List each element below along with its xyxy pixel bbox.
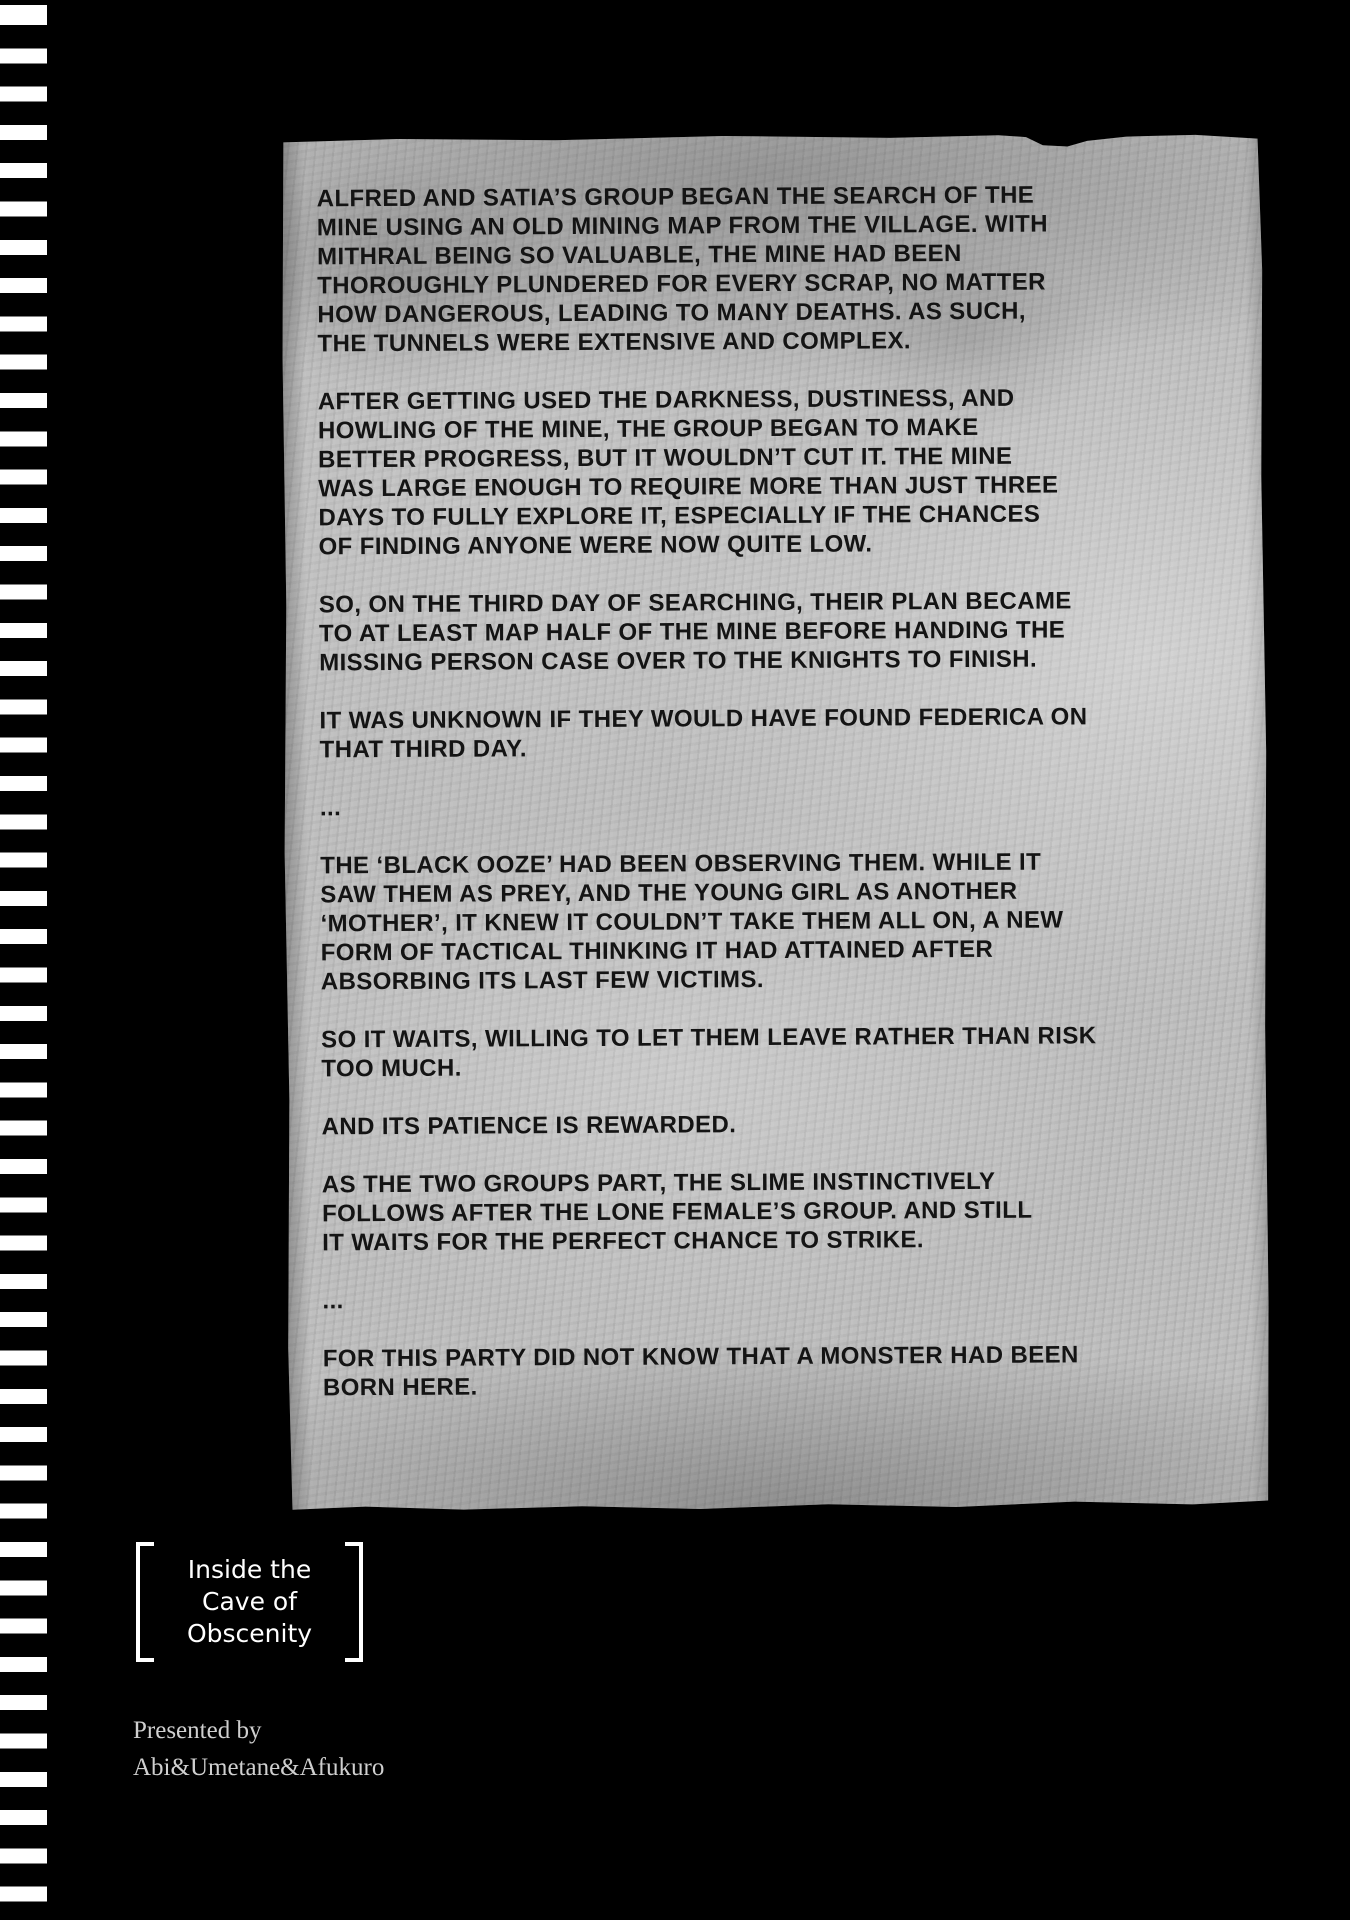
narration-paragraph: FOR THIS PARTY DID NOT KNOW THAT A MONST…	[323, 1340, 1228, 1403]
bracket-right-icon	[345, 1542, 363, 1662]
chapter-title: Inside the Cave of Obscenity	[154, 1554, 345, 1650]
ellipsis-line: ...	[320, 789, 1225, 823]
credits-block: Presented by Abi&Umetane&Afukuro	[133, 1712, 384, 1786]
narration-text-block: ALFRED AND SATIA’S GROUP BEGAN THE SEARC…	[317, 180, 1229, 1432]
credits-presented-by: Presented by	[133, 1712, 384, 1749]
chapter-title-line: Inside the	[154, 1554, 345, 1586]
bracket-left-icon	[136, 1542, 154, 1662]
manga-page: ALFRED AND SATIA’S GROUP BEGAN THE SEARC…	[0, 0, 1350, 1920]
narration-paragraph: AND ITS PATIENCE IS REWARDED.	[322, 1108, 1227, 1142]
credits-authors: Abi&Umetane&Afukuro	[133, 1749, 384, 1786]
narration-paragraph: ALFRED AND SATIA’S GROUP BEGAN THE SEARC…	[317, 180, 1223, 359]
narration-paragraph: SO, ON THE THIRD DAY OF SEARCHING, THEIR…	[319, 586, 1224, 678]
narration-paragraph: AFTER GETTING USED THE DARKNESS, DUSTINE…	[318, 383, 1224, 562]
narration-paragraph: IT WAS UNKNOWN IF THEY WOULD HAVE FOUND …	[319, 702, 1224, 765]
paper-sheet: ALFRED AND SATIA’S GROUP BEGAN THE SEARC…	[279, 132, 1271, 1512]
chapter-title-block: Inside the Cave of Obscenity	[136, 1540, 363, 1664]
chapter-title-line: Cave of	[154, 1586, 345, 1618]
ellipsis-line: ...	[322, 1282, 1227, 1316]
binding-stripes-decoration	[0, 0, 47, 1920]
narration-paragraph: SO IT WAITS, WILLING TO LET THEM LEAVE R…	[321, 1021, 1226, 1084]
chapter-title-line: Obscenity	[154, 1618, 345, 1650]
narration-paragraph: AS THE TWO GROUPS PART, THE SLIME INSTIN…	[322, 1166, 1227, 1258]
narration-paragraph: THE ‘BLACK OOZE’ HAD BEEN OBSERVING THEM…	[320, 847, 1226, 997]
